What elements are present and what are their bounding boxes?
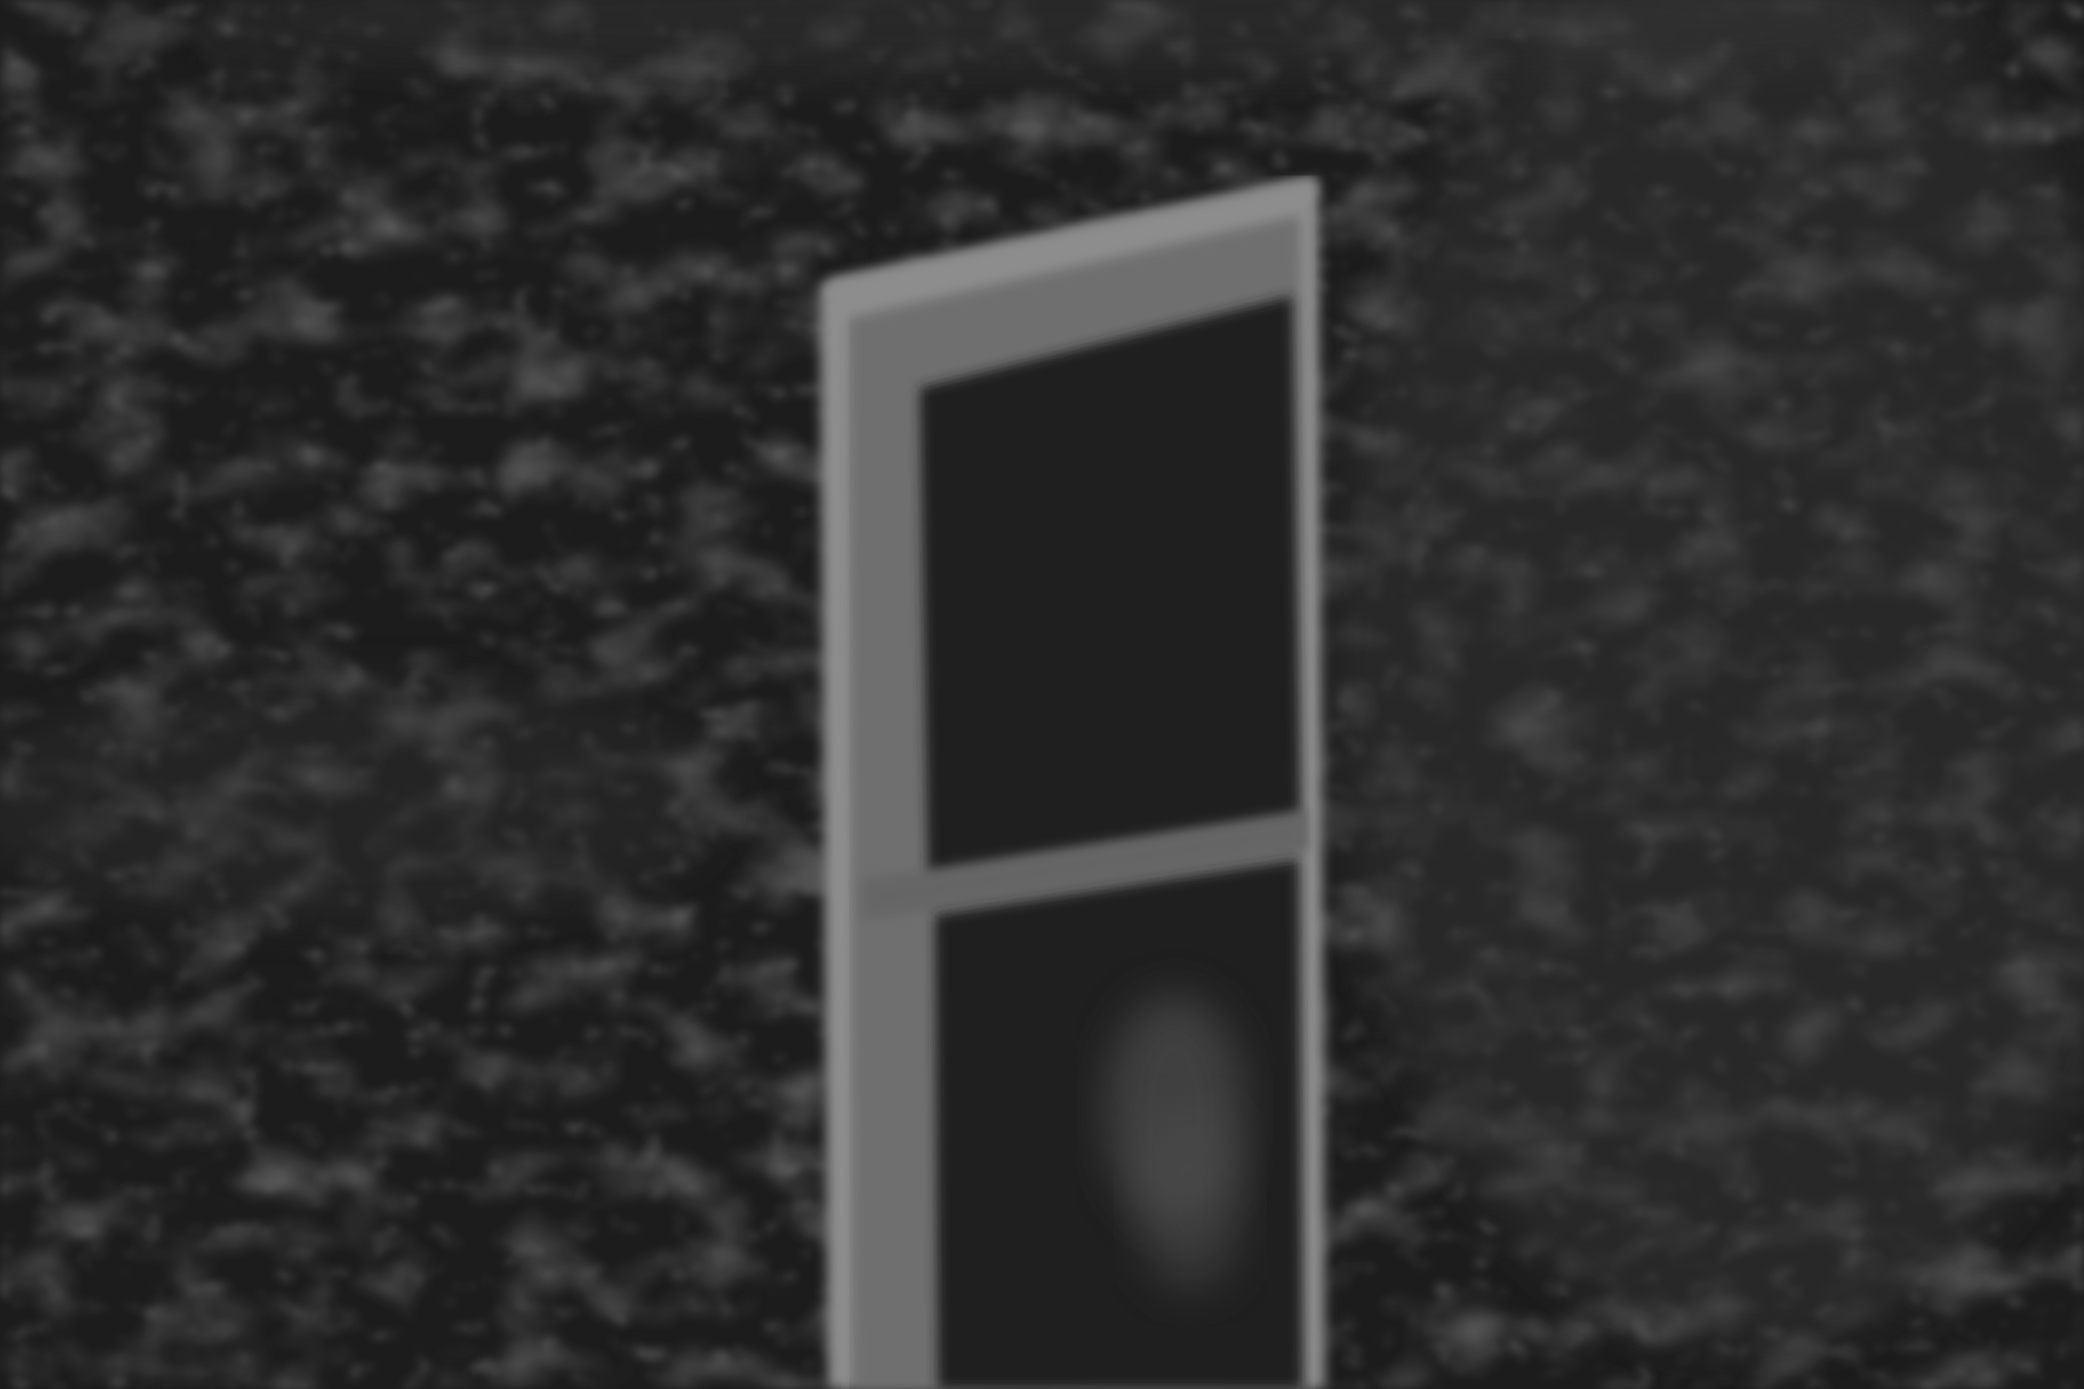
window-photo: [0, 0, 2084, 1389]
photo-scene: [0, 0, 2084, 1389]
